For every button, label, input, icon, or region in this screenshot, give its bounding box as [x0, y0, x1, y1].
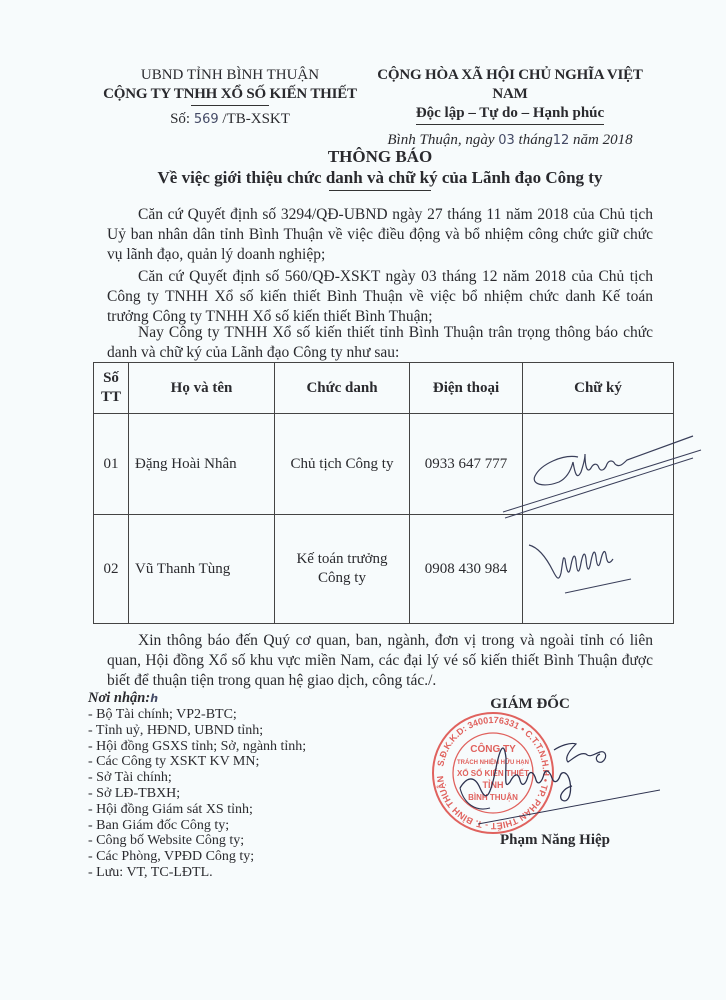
table-row: 01 Đặng Hoài Nhân Chủ tịch Công ty 0933 …: [94, 414, 674, 515]
paragraph-text: Xin thông báo đến Quý cơ quan, ban, ngàn…: [107, 632, 653, 689]
header-divider: [191, 105, 269, 106]
director-signature-icon: [430, 728, 660, 838]
recipient-item: - Các Phòng, VPĐD Công ty;: [88, 849, 348, 865]
title-heading: THÔNG BÁO: [100, 146, 660, 167]
closing-paragraph: Xin thông báo đến Quý cơ quan, ban, ngàn…: [107, 631, 653, 691]
paragraph-basis-1: Căn cứ Quyết định số 3294/QĐ-UBND ngày 2…: [107, 205, 653, 265]
paragraph-text: Căn cứ Quyết định số 3294/QĐ-UBND ngày 2…: [107, 206, 653, 263]
table-header-row: Số TT Họ và tên Chức danh Điện thoại Chữ…: [94, 363, 674, 414]
signature-tung-icon: [523, 515, 673, 623]
cell-phone: 0908 430 984: [410, 515, 523, 624]
national-motto: Độc lập – Tự do – Hạnh phúc: [416, 104, 604, 125]
header-stt: Số TT: [94, 363, 129, 414]
cell-role: Chủ tịch Công ty: [275, 414, 410, 515]
recipient-item: - Ban Giám đốc Công ty;: [88, 818, 348, 834]
table-row: 02 Vũ Thanh Tùng Kế toán trưởng Công ty …: [94, 515, 674, 624]
nation-name: CỘNG HÒA XÃ HỘI CHỦ NGHĨA VIỆT NAM: [360, 66, 660, 104]
issuer-header: UBND TỈNH BÌNH THUẬN CỘNG TY TNHH XỔ SỐ …: [100, 66, 360, 129]
header-phone: Điện thoại: [410, 363, 523, 414]
cell-signature: [523, 414, 674, 515]
header-signature: Chữ ký: [523, 363, 674, 414]
header-name: Họ và tên: [129, 363, 275, 414]
signer-name: Phạm Năng Hiệp: [470, 832, 640, 849]
cell-stt: 01: [94, 414, 129, 515]
cell-role: Kế toán trưởng Công ty: [275, 515, 410, 624]
company-name: CỘNG TY TNHH XỔ SỐ KIẾN THIẾT: [100, 85, 360, 104]
agency-name: UBND TỈNH BÌNH THUẬN: [100, 66, 360, 85]
recipients-list: Nơi nhận:ℎ - Bộ Tài chính; VP2-BTC; - Tỉ…: [88, 690, 348, 881]
title-subject: Về việc giới thiệu chức danh và chữ ký c…: [100, 167, 660, 188]
paragraph-text: Căn cứ Quyết định số 560/QĐ-XSKT ngày 03…: [107, 268, 653, 325]
cell-phone: 0933 647 777: [410, 414, 523, 515]
document-title: THÔNG BÁO Về việc giới thiệu chức danh v…: [100, 146, 660, 191]
doc-number-prefix: Số:: [170, 111, 190, 127]
paragraph-text: Nay Công ty TNHH Xổ số kiến thiết tỉnh B…: [107, 324, 653, 361]
recipient-item: - Sở Tài chính;: [88, 770, 348, 786]
cell-name: Vũ Thanh Tùng: [129, 515, 275, 624]
recipients-title-text: Nơi nhận:: [88, 690, 150, 706]
document-number: Số: 569 /TB-XSKT: [100, 110, 360, 129]
recipient-item: - Lưu: VT, TC-LĐTL.: [88, 865, 348, 881]
leadership-table: Số TT Họ và tên Chức danh Điện thoại Chữ…: [93, 362, 674, 624]
header-role: Chức danh: [275, 363, 410, 414]
recipient-item: - Tỉnh uỷ, HĐND, UBND tỉnh;: [88, 723, 348, 739]
cell-signature: [523, 515, 674, 624]
signature-nhan-icon: [523, 414, 673, 514]
doc-number-handwritten: 569: [194, 112, 219, 127]
recipient-item: - Hội đồng GSXS tỉnh; Sở, ngành tỉnh;: [88, 739, 348, 755]
title-divider: [329, 190, 431, 191]
paragraph-announcement: Nay Công ty TNHH Xổ số kiến thiết tỉnh B…: [107, 323, 653, 363]
cell-stt: 02: [94, 515, 129, 624]
cell-name: Đặng Hoài Nhân: [129, 414, 275, 515]
recipient-item: - Bộ Tài chính; VP2-BTC;: [88, 707, 348, 723]
doc-number-suffix: /TB-XSKT: [222, 111, 290, 127]
recipient-item: - Các Công ty XSKT KV MN;: [88, 754, 348, 770]
paragraph-basis-2: Căn cứ Quyết định số 560/QĐ-XSKT ngày 03…: [107, 267, 653, 327]
recipient-item: - Hội đồng Giám sát XS tỉnh;: [88, 802, 348, 818]
recipients-title: Nơi nhận:ℎ: [88, 690, 348, 707]
national-header: CỘNG HÒA XÃ HỘI CHỦ NGHĨA VIỆT NAM Độc l…: [360, 66, 660, 150]
recipient-item: - Công bố Website Công ty;: [88, 833, 348, 849]
recipient-item: - Sở LĐ-TBXH;: [88, 786, 348, 802]
